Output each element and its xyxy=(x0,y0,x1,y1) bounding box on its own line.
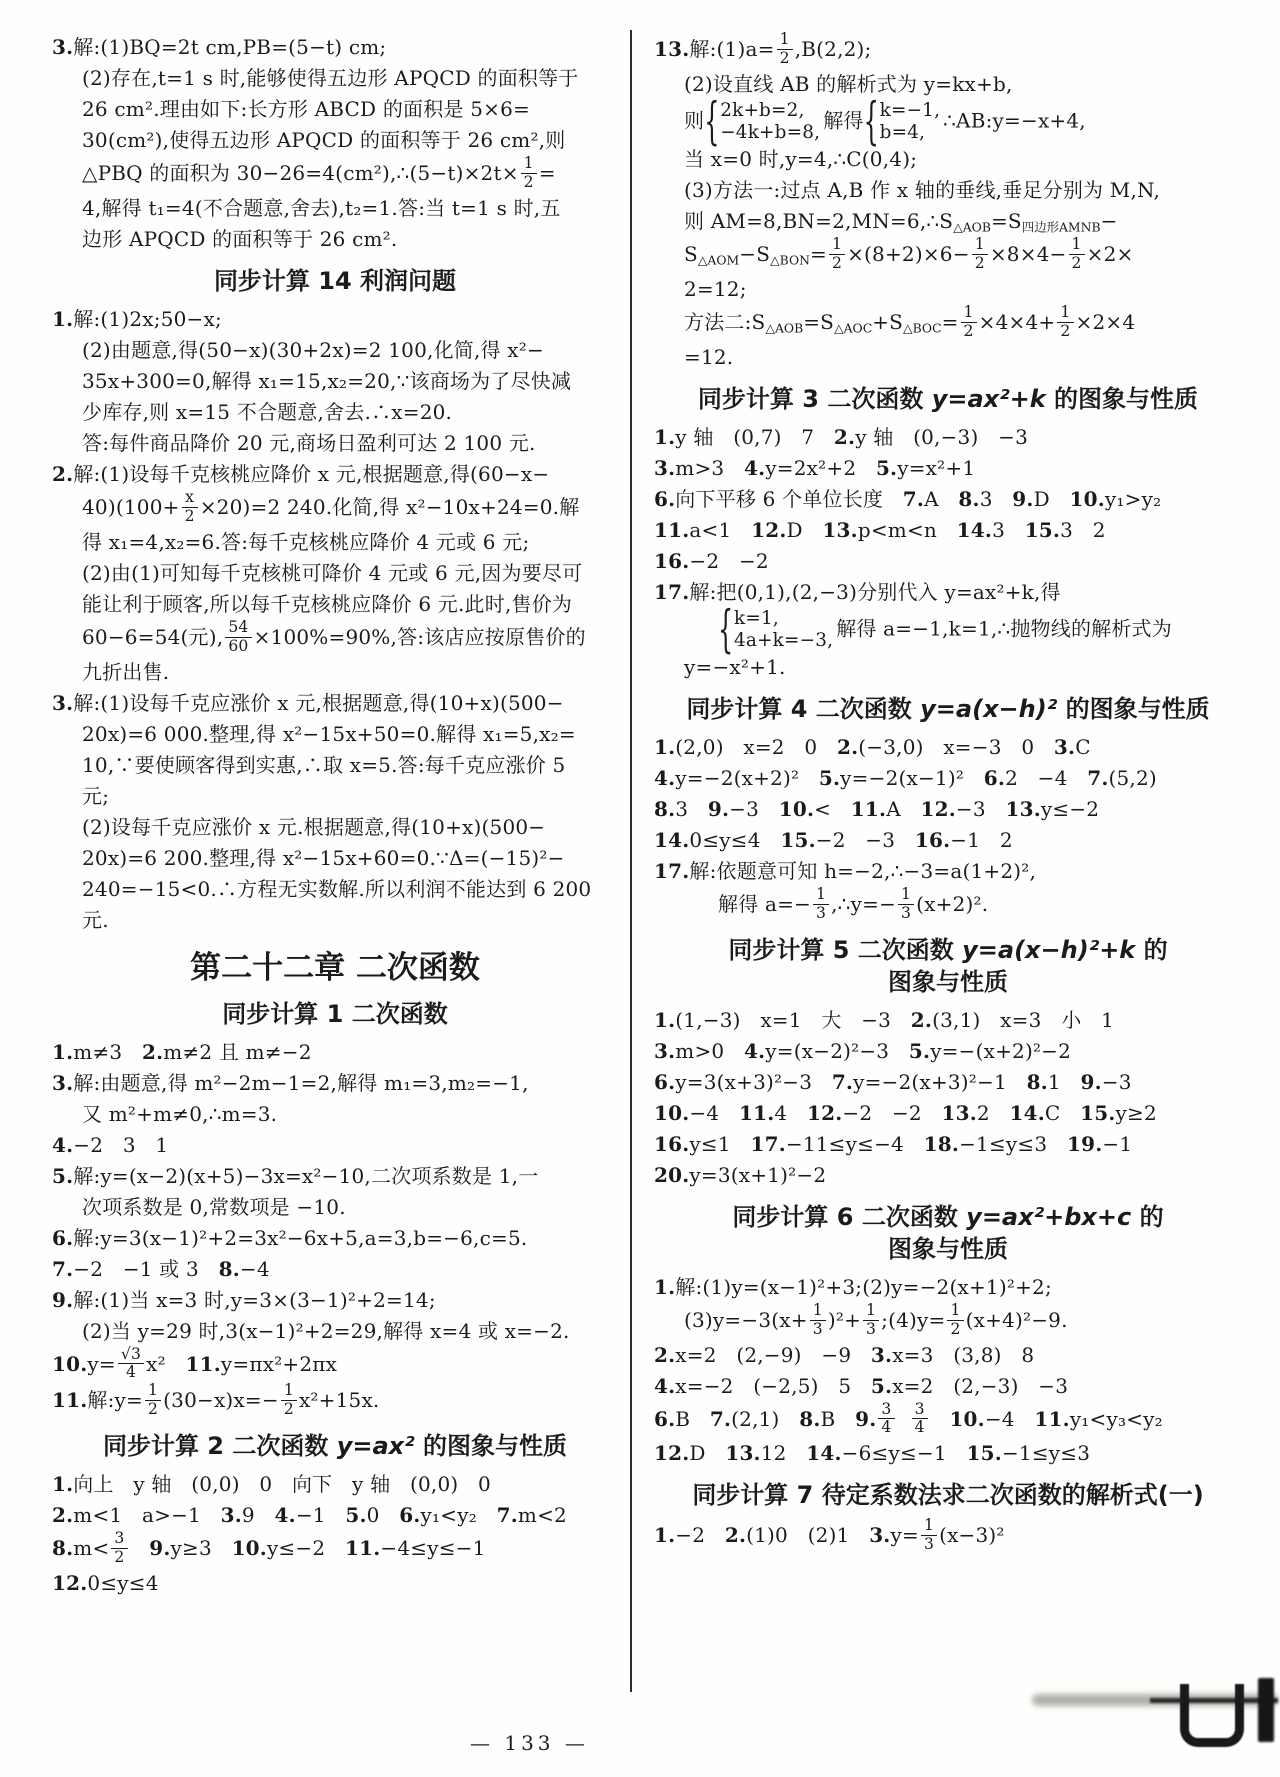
answer-item: 12.D 13.12 14.−6≤y≤−1 15.−1≤y≤3 xyxy=(654,1438,1242,1469)
text-line: (2)存在,t=1 s 时,能够使得五边形 APQCD 的面积等于 xyxy=(82,63,618,94)
text-line: 5.解:y=(x−2)(x+5)−3x=x²−10,二次项系数是 1,一 xyxy=(52,1161,618,1192)
answer-item: 9.解:(1)当 x=3 时,y=3×(3−1)²+2=14;(2)当 y=29… xyxy=(52,1285,618,1347)
text-line: 11.解:y=12(30−x)x=−12x²+15x. xyxy=(52,1383,618,1420)
text-line: 1.−2 2.(1)0 (2)1 3.y=13(x−3)² xyxy=(654,1518,1242,1555)
answer-item: 8.m<32 9.y≥3 10.y≤−2 11.−4≤y≤−1 xyxy=(52,1531,618,1568)
answer-item: 13.解:(1)a=12,B(2,2);(2)设直线 AB 的解析式为 y=kx… xyxy=(654,32,1242,373)
text-line: 6.解:y=3(x−1)²+2=3x²−6x+5,a=3,b=−6,c=5. xyxy=(52,1223,618,1254)
answer-item: 1.m≠3 2.m≠2 且 m≠−2 xyxy=(52,1037,618,1068)
answer-item: 11.解:y=12(30−x)x=−12x²+15x. xyxy=(52,1383,618,1420)
heading-text: 图象与性质 xyxy=(654,966,1242,998)
fraction: 5460 xyxy=(225,619,251,656)
text-line: 解得 a=−13,∴y=−13(x+2)². xyxy=(718,887,1242,924)
text-line: (2)设每千克应涨价 x 元.根据题意,得(10+x)(500− xyxy=(82,812,618,843)
answer-item: 4.y=−2(x+2)² 5.y=−2(x−1)² 6.2 −4 7.(5,2) xyxy=(654,763,1242,794)
text-line: (3)y=−3(x+13)²+13;(4)y=12(x+4)²−9. xyxy=(684,1303,1242,1340)
section-heading: 同步计算 1 二次函数 xyxy=(52,998,618,1030)
column-divider xyxy=(630,30,632,1692)
fraction: x2 xyxy=(182,489,198,526)
section-heading: 同步计算 3 二次函数 y=ax²+k 的图象与性质 xyxy=(654,383,1242,415)
text-line: 方法二:S△AOB=S△AOC+S△BOC=12×4×4+12×2×4 xyxy=(684,305,1242,342)
heading-text: 同步计算 3 二次函数 y=ax²+k 的图象与性质 xyxy=(654,383,1242,415)
fraction: √34 xyxy=(118,1346,144,1383)
fraction: 12 xyxy=(947,1302,963,1339)
text-line: 九折出售. xyxy=(82,657,618,688)
answer-item: 16.y≤1 17.−11≤y≤−4 18.−1≤y≤3 19.−1 xyxy=(654,1129,1242,1160)
text-line: 3.m>3 4.y=2x²+2 5.y=x²+1 xyxy=(654,453,1242,484)
text-line: 当 x=0 时,y=4,∴C(0,4); xyxy=(684,144,1242,175)
answer-item: 6.解:y=3(x−1)²+2=3x²−6x+5,a=3,b=−6,c=5. xyxy=(52,1223,618,1254)
answer-item: 3.m>3 4.y=2x²+2 5.y=x²+1 xyxy=(654,453,1242,484)
equation-system: k=1,4a+k=−3, xyxy=(721,608,833,652)
text-line: 少库存,则 x=15 不合题意,舍去.∴x=20. xyxy=(82,397,618,428)
equation-system: k=−1,b=4, xyxy=(867,100,941,144)
fraction: 12 xyxy=(972,236,988,273)
fraction: 13 xyxy=(898,886,914,923)
answer-item: 8.3 9.−3 10.< 11.A 12.−3 13.y≤−2 xyxy=(654,794,1242,825)
fraction: 12 xyxy=(1069,236,1085,273)
text-line: 16.y≤1 17.−11≤y≤−4 18.−1≤y≤3 19.−1 xyxy=(654,1129,1242,1160)
text-line: (2)由题意,得(50−x)(30+2x)=2 100,化简,得 x²− xyxy=(82,335,618,366)
section-heading: 同步计算 6 二次函数 y=ax²+bx+c 的图象与性质 xyxy=(654,1201,1242,1265)
answer-item: 3.解:由题意,得 m²−2m−1=2,解得 m₁=3,m₂=−1,又 m²+m… xyxy=(52,1068,618,1130)
right-column: 13.解:(1)a=12,B(2,2);(2)设直线 AB 的解析式为 y=kx… xyxy=(654,32,1242,1599)
ink-smudge xyxy=(1180,1684,1244,1747)
text-line: 6.向下平移 6 个单位长度 7.A 8.3 9.D 10.y₁>y₂ xyxy=(654,484,1242,515)
answer-item: 4.−2 3 1 xyxy=(52,1130,618,1161)
answer-item: 17.解:把(0,1),(2,−3)分别代入 y=ax²+k,得k=1,4a+k… xyxy=(654,577,1242,683)
text-line: 8.3 9.−3 10.< 11.A 12.−3 13.y≤−2 xyxy=(654,794,1242,825)
fraction: 34 xyxy=(912,1401,928,1438)
text-line: (2)当 y=29 时,3(x−1)²+2=29,解得 x=4 或 x=−2. xyxy=(82,1316,618,1347)
text-line: 9.解:(1)当 x=3 时,y=3×(3−1)²+2=14; xyxy=(52,1285,618,1316)
text-line: △PBQ 的面积为 30−26=4(cm²),∴(5−t)×2t×12= xyxy=(82,156,618,193)
text-line: 8.m<32 9.y≥3 10.y≤−2 11.−4≤y≤−1 xyxy=(52,1531,618,1568)
heading-text: 同步计算 6 二次函数 y=ax²+bx+c 的 xyxy=(654,1201,1242,1233)
content-columns: 3.解:(1)BQ=2t cm,PB=(5−t) cm;(2)存在,t=1 s … xyxy=(0,0,1280,1599)
text-line: (2)设直线 AB 的解析式为 y=kx+b, xyxy=(684,69,1242,100)
text-line: 4,解得 t₁=4(不合题意,舍去),t₂=1.答:当 t=1 s 时,五 xyxy=(82,193,618,224)
text-line: 30(cm²),使得五边形 APQCD 的面积等于 26 cm²,则 xyxy=(82,125,618,156)
text-line: 1.(2,0) x=2 0 2.(−3,0) x=−3 0 3.C xyxy=(654,732,1242,763)
fraction: 12 xyxy=(521,155,537,192)
fraction: 12 xyxy=(961,304,977,341)
text-line: 1.m≠3 2.m≠2 且 m≠−2 xyxy=(52,1037,618,1068)
text-line: 11.a<1 12.D 13.p<m<n 14.3 15.3 2 xyxy=(654,515,1242,546)
book-page: 3.解:(1)BQ=2t cm,PB=(5−t) cm;(2)存在,t=1 s … xyxy=(0,0,1280,1777)
text-line: 12.0≤y≤4 xyxy=(52,1568,618,1599)
heading-text: 同步计算 1 二次函数 xyxy=(52,998,618,1030)
text-line: (3)方法一:过点 A,B 作 x 轴的垂线,垂足分别为 M,N, xyxy=(684,175,1242,206)
text-line: =12. xyxy=(684,342,1242,373)
text-line: 7.−2 −1 或 3 8.−4 xyxy=(52,1254,618,1285)
answer-item: 3.解:(1)设每千克应涨价 x 元,根据题意,得(10+x)(500−20x)… xyxy=(52,688,618,936)
text-line: 2.x=2 (2,−9) −9 3.x=3 (3,8) 8 xyxy=(654,1340,1242,1371)
text-line: 6.B 7.(2,1) 8.B 9.34 34 10.−4 11.y₁<y₃<y… xyxy=(654,1402,1242,1439)
text-line: 60−6=54(元),5460×100%=90%,答:该店应按原售价的 xyxy=(82,620,618,657)
answer-item: 16.−2 −2 xyxy=(654,546,1242,577)
answer-item: 14.0≤y≤4 15.−2 −3 16.−1 2 xyxy=(654,825,1242,856)
text-line: 20x)=6 200.整理,得 x²−15x+60=0.∵Δ=(−15)²− xyxy=(82,843,618,874)
text-line: 2=12; xyxy=(684,274,1242,305)
answer-item: 1.y 轴 (0,7) 7 2.y 轴 (0,−3) −3 xyxy=(654,422,1242,453)
text-line: y=−x²+1. xyxy=(684,652,1242,683)
fraction: 12 xyxy=(281,1382,297,1419)
answer-item: 10.−4 11.4 12.−2 −2 13.2 14.C 15.y≥2 xyxy=(654,1098,1242,1129)
text-line: 26 cm².理由如下:长方形 ABCD 的面积是 5×6= xyxy=(82,94,618,125)
answer-item: 1.(1,−3) x=1 大 −3 2.(3,1) x=3 小 1 xyxy=(654,1005,1242,1036)
text-line: 13.解:(1)a=12,B(2,2); xyxy=(654,32,1242,69)
answer-item: 3.解:(1)BQ=2t cm,PB=(5−t) cm;(2)存在,t=1 s … xyxy=(52,32,618,255)
page-footer: — 133 — xyxy=(0,1731,1280,1755)
text-line: 4.−2 3 1 xyxy=(52,1130,618,1161)
text-line: 次项系数是 0,常数项是 −10. xyxy=(82,1192,618,1223)
text-line: 35x+300=0,解得 x₁=15,x₂=20,∵该商场为了尽快减 xyxy=(82,366,618,397)
answer-item: 6.向下平移 6 个单位长度 7.A 8.3 9.D 10.y₁>y₂ xyxy=(654,484,1242,515)
answer-item: 1.(2,0) x=2 0 2.(−3,0) x=−3 0 3.C xyxy=(654,732,1242,763)
fraction: 13 xyxy=(810,1302,826,1339)
fraction: 12 xyxy=(145,1382,161,1419)
text-line: 1.解:(1)2x;50−x; xyxy=(52,304,618,335)
ink-smudge xyxy=(1258,1678,1274,1742)
text-line: 1.y 轴 (0,7) 7 2.y 轴 (0,−3) −3 xyxy=(654,422,1242,453)
text-line: 17.解:把(0,1),(2,−3)分别代入 y=ax²+k,得 xyxy=(654,577,1242,608)
text-line: 3.解:(1)设每千克应涨价 x 元,根据题意,得(10+x)(500− xyxy=(52,688,618,719)
text-line: 16.−2 −2 xyxy=(654,546,1242,577)
text-line: 17.解:依题意可知 h=−2,∴−3=a(1+2)², xyxy=(654,856,1242,887)
text-line: (2)由(1)可知每千克核桃可降价 4 元或 6 元,因为要尽可 xyxy=(82,558,618,589)
heading-text: 图象与性质 xyxy=(654,1233,1242,1265)
text-line: 10,∵要使顾客得到实惠,∴取 x=5.答:每千克应涨价 5 xyxy=(82,750,618,781)
text-line: 240=−15<0.∴方程无实数解.所以利润不能达到 6 200 xyxy=(82,874,618,905)
answer-item: 6.y=3(x+3)²−3 7.y=−2(x+3)²−1 8.1 9.−3 xyxy=(654,1067,1242,1098)
text-line: 1.解:(1)y=(x−1)²+3;(2)y=−2(x+1)²+2; xyxy=(654,1272,1242,1303)
text-line: 元. xyxy=(82,905,618,936)
text-line: 3.解:由题意,得 m²−2m−1=2,解得 m₁=3,m₂=−1, xyxy=(52,1068,618,1099)
heading-text: 同步计算 4 二次函数 y=a(x−h)² 的图象与性质 xyxy=(654,693,1242,725)
text-line: 3.m>0 4.y=(x−2)²−3 5.y=−(x+2)²−2 xyxy=(654,1036,1242,1067)
text-line: 则2k+b=2,−4k+b=8,解得k=−1,b=4,∴AB:y=−x+4, xyxy=(684,100,1242,144)
text-line: 2.m<1 a>−1 3.9 4.−1 5.0 6.y₁<y₂ 7.m<2 xyxy=(52,1500,618,1531)
answer-item: 20.y=3(x+1)²−2 xyxy=(654,1160,1242,1191)
text-line: 3.解:(1)BQ=2t cm,PB=(5−t) cm; xyxy=(52,32,618,63)
answer-item: 2.解:(1)设每千克核桃应降价 x 元,根据题意,得(60−x−40)(100… xyxy=(52,459,618,688)
section-heading: 同步计算 4 二次函数 y=a(x−h)² 的图象与性质 xyxy=(654,693,1242,725)
fraction: 12 xyxy=(1057,304,1073,341)
text-line: 4.y=−2(x+2)² 5.y=−2(x−1)² 6.2 −4 7.(5,2) xyxy=(654,763,1242,794)
answer-item: 2.m<1 a>−1 3.9 4.−1 5.0 6.y₁<y₂ 7.m<2 xyxy=(52,1500,618,1531)
fraction: 13 xyxy=(813,886,829,923)
heading-text: 同步计算 2 二次函数 y=ax² 的图象与性质 xyxy=(52,1430,618,1462)
text-line: 得 x₁=4,x₂=6.答:每千克核桃应降价 4 元或 6 元; xyxy=(82,527,618,558)
section-heading: 同步计算 14 利润问题 xyxy=(52,265,618,297)
text-line: 2.解:(1)设每千克核桃应降价 x 元,根据题意,得(60−x− xyxy=(52,459,618,490)
page-number: — 133 — xyxy=(470,1731,589,1755)
text-line: 14.0≤y≤4 15.−2 −3 16.−1 2 xyxy=(654,825,1242,856)
answer-item: 3.m>0 4.y=(x−2)²−3 5.y=−(x+2)²−2 xyxy=(654,1036,1242,1067)
left-column: 3.解:(1)BQ=2t cm,PB=(5−t) cm;(2)存在,t=1 s … xyxy=(52,32,618,1599)
answer-item: 2.x=2 (2,−9) −9 3.x=3 (3,8) 8 xyxy=(654,1340,1242,1371)
text-line: 6.y=3(x+3)²−3 7.y=−2(x+3)²−1 8.1 9.−3 xyxy=(654,1067,1242,1098)
text-line: S△AOM−S△BON=12×(8+2)×6−12×8×4−12×2× xyxy=(684,237,1242,274)
answer-item: 12.0≤y≤4 xyxy=(52,1568,618,1599)
text-line: 则 AM=8,BN=2,MN=6,∴S△AOB=S四边形AMNB− xyxy=(684,206,1242,237)
fraction: 13 xyxy=(921,1517,937,1554)
text-line: 40)(100+x2×20)=2 240.化简,得 x²−10x+24=0.解 xyxy=(82,490,618,527)
answer-item: 1.解:(1)y=(x−1)²+3;(2)y=−2(x+1)²+2;(3)y=−… xyxy=(654,1272,1242,1340)
equation-system: 2k+b=2,−4k+b=8, xyxy=(707,100,820,144)
text-line: 边形 APQCD 的面积等于 26 cm². xyxy=(82,224,618,255)
section-heading: 同步计算 7 待定系数法求二次函数的解析式(一) xyxy=(654,1479,1242,1511)
text-line: 能让利于顾客,所以每千克核桃应降价 6 元.此时,售价为 xyxy=(82,589,618,620)
section-heading: 同步计算 5 二次函数 y=a(x−h)²+k 的图象与性质 xyxy=(654,934,1242,998)
answer-item: 17.解:依题意可知 h=−2,∴−3=a(1+2)²,解得 a=−13,∴y=… xyxy=(654,856,1242,924)
text-line: 20.y=3(x+1)²−2 xyxy=(654,1160,1242,1191)
answer-item: 1.−2 2.(1)0 (2)1 3.y=13(x−3)² xyxy=(654,1518,1242,1555)
answer-item: 1.向上 y 轴 (0,0) 0 向下 y 轴 (0,0) 0 xyxy=(52,1469,618,1500)
fraction: 34 xyxy=(878,1401,894,1438)
heading-text: 同步计算 14 利润问题 xyxy=(52,265,618,297)
chapter-heading: 第二十二章 二次函数 xyxy=(52,948,618,988)
text-line: 10.−4 11.4 12.−2 −2 13.2 14.C 15.y≥2 xyxy=(654,1098,1242,1129)
heading-text: 第二十二章 二次函数 xyxy=(52,948,618,988)
heading-text: 同步计算 5 二次函数 y=a(x−h)²+k 的 xyxy=(654,934,1242,966)
answer-item: 6.B 7.(2,1) 8.B 9.34 34 10.−4 11.y₁<y₃<y… xyxy=(654,1402,1242,1439)
text-line: 4.x=−2 (−2,5) 5 5.x=2 (2,−3) −3 xyxy=(654,1371,1242,1402)
heading-text: 同步计算 7 待定系数法求二次函数的解析式(一) xyxy=(654,1479,1242,1511)
text-line: 又 m²+m≠0,∴m=3. xyxy=(82,1099,618,1130)
answer-item: 4.x=−2 (−2,5) 5 5.x=2 (2,−3) −3 xyxy=(654,1371,1242,1402)
text-line: 1.(1,−3) x=1 大 −3 2.(3,1) x=3 小 1 xyxy=(654,1005,1242,1036)
text-line: 答:每件商品降价 20 元,商场日盈利可达 2 100 元. xyxy=(82,428,618,459)
fraction: 13 xyxy=(863,1302,879,1339)
text-line: 20x)=6 000.整理,得 x²−15x+50=0.解得 x₁=5,x₂= xyxy=(82,719,618,750)
text-line: 12.D 13.12 14.−6≤y≤−1 15.−1≤y≤3 xyxy=(654,1438,1242,1469)
text-line: k=1,4a+k=−3,解得 a=−1,k=1,∴抛物线的解析式为 xyxy=(718,608,1242,652)
text-line: 元; xyxy=(82,781,618,812)
answer-item: 5.解:y=(x−2)(x+5)−3x=x²−10,二次项系数是 1,一次项系数… xyxy=(52,1161,618,1223)
fraction: 12 xyxy=(777,31,793,68)
answer-item: 11.a<1 12.D 13.p<m<n 14.3 15.3 2 xyxy=(654,515,1242,546)
answer-item: 7.−2 −1 或 3 8.−4 xyxy=(52,1254,618,1285)
fraction: 12 xyxy=(829,236,845,273)
answer-item: 10.y=√34x² 11.y=πx²+2πx xyxy=(52,1347,618,1384)
answer-item: 1.解:(1)2x;50−x;(2)由题意,得(50−x)(30+2x)=2 1… xyxy=(52,304,618,459)
text-line: 1.向上 y 轴 (0,0) 0 向下 y 轴 (0,0) 0 xyxy=(52,1469,618,1500)
fraction: 32 xyxy=(111,1530,127,1567)
section-heading: 同步计算 2 二次函数 y=ax² 的图象与性质 xyxy=(52,1430,618,1462)
text-line: 10.y=√34x² 11.y=πx²+2πx xyxy=(52,1347,618,1384)
